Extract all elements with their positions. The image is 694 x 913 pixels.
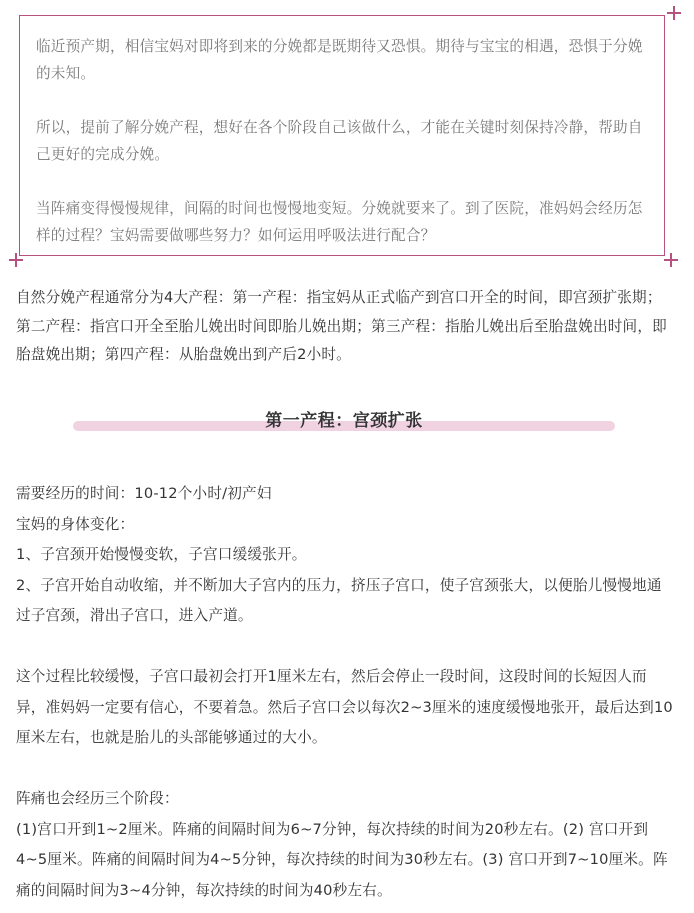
intro-quote-box: 临近预产期，相信宝妈对即将到来的分娩都是既期待又恐惧。期待与宝宝的相遇，恐惧于分… bbox=[19, 15, 665, 256]
duration-and-changes: 需要经历的时间：10-12个小时/初产妇 宝妈的身体变化： 1、子宫颈开始慢慢变… bbox=[16, 479, 676, 632]
corner-cross-bottom-right-icon bbox=[664, 253, 678, 267]
stages-paragraph: (1)宫口开到1~2厘米。阵痛的间隔时间为6~7分钟，每次持续的时间为20秒左右… bbox=[16, 815, 676, 907]
body-changes-label: 宝妈的身体变化： bbox=[16, 510, 676, 541]
intro-paragraph-1: 临近预产期，相信宝妈对即将到来的分娩都是既期待又恐惧。期待与宝宝的相遇，恐惧于分… bbox=[36, 34, 650, 87]
stages-label: 阵痛也会经历三个阶段： bbox=[16, 784, 676, 815]
duration-text: 需要经历的时间：10-12个小时/初产妇 bbox=[16, 479, 676, 510]
intro-paragraph-3: 当阵痛变得慢慢规律，间隔的时间也慢慢地变短。分娩就要来了。到了医院，准妈妈会经历… bbox=[36, 196, 650, 249]
section-title: 第一产程：宫颈扩张 bbox=[73, 406, 615, 431]
corner-cross-top-right-icon bbox=[667, 6, 681, 20]
overview-paragraph: 自然分娩产程通常分为4大产程：第一产程：指宝妈从正式临产到宫口开全的时间，即宫颈… bbox=[16, 284, 676, 370]
process-paragraph: 这个过程比较缓慢，子宫口最初会打开1厘米左右，然后会停止一段时间，这段时间的长短… bbox=[16, 662, 676, 754]
corner-cross-bottom-left-icon bbox=[9, 253, 23, 267]
intro-paragraph-2: 所以，提前了解分娩产程，想好在各个阶段自己该做什么，才能在关键时刻保持冷静，帮助… bbox=[36, 115, 650, 168]
section-heading: 第一产程：宫颈扩张 bbox=[73, 404, 615, 434]
change-item-1: 1、子宫颈开始慢慢变软，子宫口缓缓张开。 bbox=[16, 540, 676, 571]
change-item-2: 2、子宫开始自动收缩，并不断加大子宫内的压力，挤压子宫口，使子宫颈张大，以便胎儿… bbox=[16, 571, 676, 632]
stages-block: 阵痛也会经历三个阶段： (1)宫口开到1~2厘米。阵痛的间隔时间为6~7分钟，每… bbox=[16, 784, 676, 906]
